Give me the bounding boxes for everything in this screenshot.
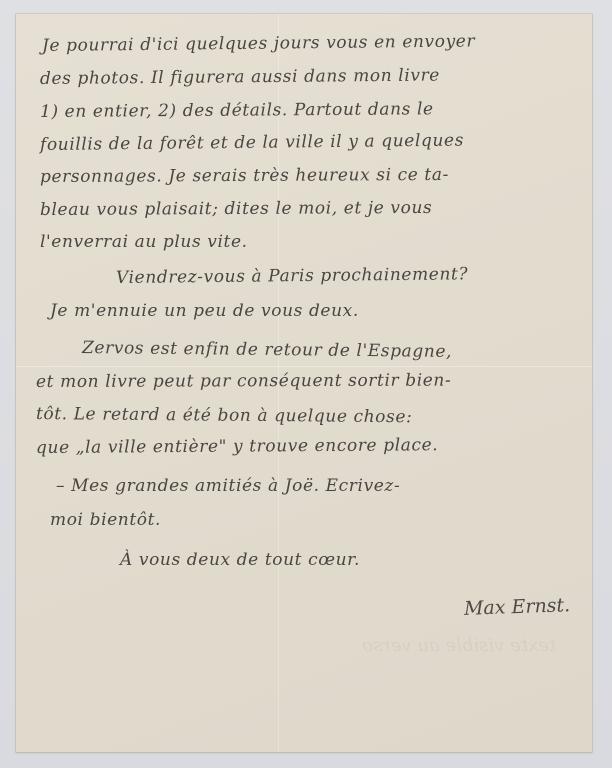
- letter-line-15: moi bientôt.: [50, 510, 161, 530]
- letter-line-6: bleau vous plaisait; dites le moi, et je…: [40, 198, 432, 220]
- letter-line-16: À vous deux de tout cœur.: [120, 550, 360, 570]
- letter-line-10: Zervos est enfin de retour de l'Espagne,: [82, 338, 452, 362]
- letter-line-2: des photos. Il figurera aussi dans mon l…: [40, 66, 440, 89]
- letter-line-13: que „la ville entière" y trouve encore p…: [36, 435, 438, 458]
- letter-line-14: – Mes grandes amitiés à Joë. Ecrivez-: [56, 476, 400, 496]
- letter-line-9: Je m'ennuie un peu de vous deux.: [50, 301, 359, 321]
- signature: Max Ernst.: [464, 594, 571, 620]
- horizontal-fold-line: [16, 366, 592, 367]
- bleed-through-text: texte visible au verso: [76, 632, 556, 660]
- letter-line-7: l'enverrai au plus vite.: [40, 232, 248, 252]
- letter-line-3: 1) en entier, 2) des détails. Partout da…: [40, 99, 434, 122]
- letter-line-11: et mon livre peut par conséquent sortir …: [36, 371, 451, 392]
- letter-line-12: tôt. Le retard a été bon à quelque chose…: [36, 404, 413, 427]
- letter-line-8: Viendrez-vous à Paris prochainement?: [116, 264, 468, 288]
- letter-line-5: personnages. Je serais très heureux si c…: [40, 165, 449, 187]
